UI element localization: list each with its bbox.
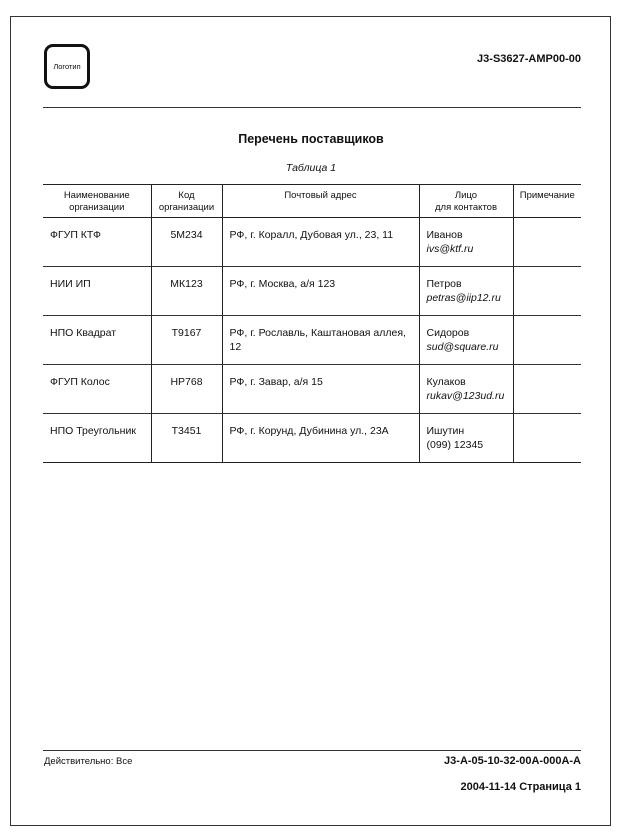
address-cell: РФ, г. Коралл, Дубовая ул., 23, 11 [222, 218, 419, 267]
contact-cell: Сидоровsud@square.ru [419, 316, 513, 365]
column-header-line: Наименование [43, 190, 151, 202]
address-cell: РФ, г. Рославль, Каштановая аллея, 12 [222, 316, 419, 365]
note-cell [513, 218, 581, 267]
column-header-org-code: Кодорганизации [151, 185, 222, 218]
logo-label: Логотип [53, 62, 80, 71]
column-header-line: Код [152, 190, 222, 202]
org-name-cell: НПО Квадрат [43, 316, 151, 365]
table-row: НПО КвадратТ9167РФ, г. Рославль, Каштано… [43, 316, 581, 365]
suppliers-table: НаименованиеорганизацииКодорганизацииПоч… [43, 184, 581, 463]
contact-email: sud@square.ru [427, 340, 506, 354]
contact-name: Ишутин [427, 424, 506, 438]
org-name-cell: НИИ ИП [43, 267, 151, 316]
org-name-cell: НПО Треугольник [43, 414, 151, 463]
contact-email: ivs@ktf.ru [427, 242, 506, 256]
note-cell [513, 414, 581, 463]
org-code-cell: Т9167 [151, 316, 222, 365]
header-document-code: J3-S3627-AMP00-00 [477, 53, 581, 65]
contact-cell: Ивановivs@ktf.ru [419, 218, 513, 267]
contact-email: petras@iip12.ru [427, 291, 506, 305]
note-cell [513, 365, 581, 414]
table-row: ФГУП КТФ5М234РФ, г. Коралл, Дубовая ул.,… [43, 218, 581, 267]
footer-date-page: 2004-11-14 Страница 1 [461, 781, 581, 793]
contact-phone: (099) 12345 [427, 438, 506, 452]
column-header-line: Почтовый адрес [223, 190, 419, 202]
footer-applicability: Действительно: Все [44, 756, 132, 767]
contact-name: Сидоров [427, 326, 506, 340]
header-divider [43, 107, 581, 108]
contact-cell: Кулаковrukav@123ud.ru [419, 365, 513, 414]
table-caption: Таблица 1 [0, 162, 622, 174]
org-code-cell: Т3451 [151, 414, 222, 463]
org-code-cell: 5М234 [151, 218, 222, 267]
note-cell [513, 267, 581, 316]
column-header-line: для контактов [420, 202, 513, 214]
table-row: ФГУП КолосНР768РФ, г. Завар, а/я 15Кулак… [43, 365, 581, 414]
note-cell [513, 316, 581, 365]
org-name-cell: ФГУП КТФ [43, 218, 151, 267]
page-title: Перечень поставщиков [0, 132, 622, 146]
address-cell: РФ, г. Завар, а/я 15 [222, 365, 419, 414]
column-header-address: Почтовый адрес [222, 185, 419, 218]
org-code-cell: МК123 [151, 267, 222, 316]
contact-email: rukav@123ud.ru [427, 389, 506, 403]
column-header-contact: Лицодля контактов [419, 185, 513, 218]
table-row: НИИ ИПМК123РФ, г. Москва, а/я 123Петровp… [43, 267, 581, 316]
contact-cell: Ишутин(099) 12345 [419, 414, 513, 463]
footer-divider [43, 750, 581, 751]
org-name-cell: ФГУП Колос [43, 365, 151, 414]
column-header-line: организации [43, 202, 151, 214]
table-row: НПО ТреугольникТ3451РФ, г. Корунд, Дубин… [43, 414, 581, 463]
address-cell: РФ, г. Москва, а/я 123 [222, 267, 419, 316]
address-cell: РФ, г. Корунд, Дубинина ул., 23А [222, 414, 419, 463]
org-code-cell: НР768 [151, 365, 222, 414]
column-header-line: Примечание [514, 190, 582, 202]
contact-name: Иванов [427, 228, 506, 242]
contact-name: Петров [427, 277, 506, 291]
column-header-line: Лицо [420, 190, 513, 202]
column-header-org-name: Наименованиеорганизации [43, 185, 151, 218]
logo-placeholder: Логотип [44, 44, 90, 89]
column-header-note: Примечание [513, 185, 581, 218]
footer-document-code: J3-A-05-10-32-00A-000A-A [444, 755, 581, 767]
contact-cell: Петровpetras@iip12.ru [419, 267, 513, 316]
column-header-line: организации [152, 202, 222, 214]
table-header-row: НаименованиеорганизацииКодорганизацииПоч… [43, 185, 581, 218]
contact-name: Кулаков [427, 375, 506, 389]
